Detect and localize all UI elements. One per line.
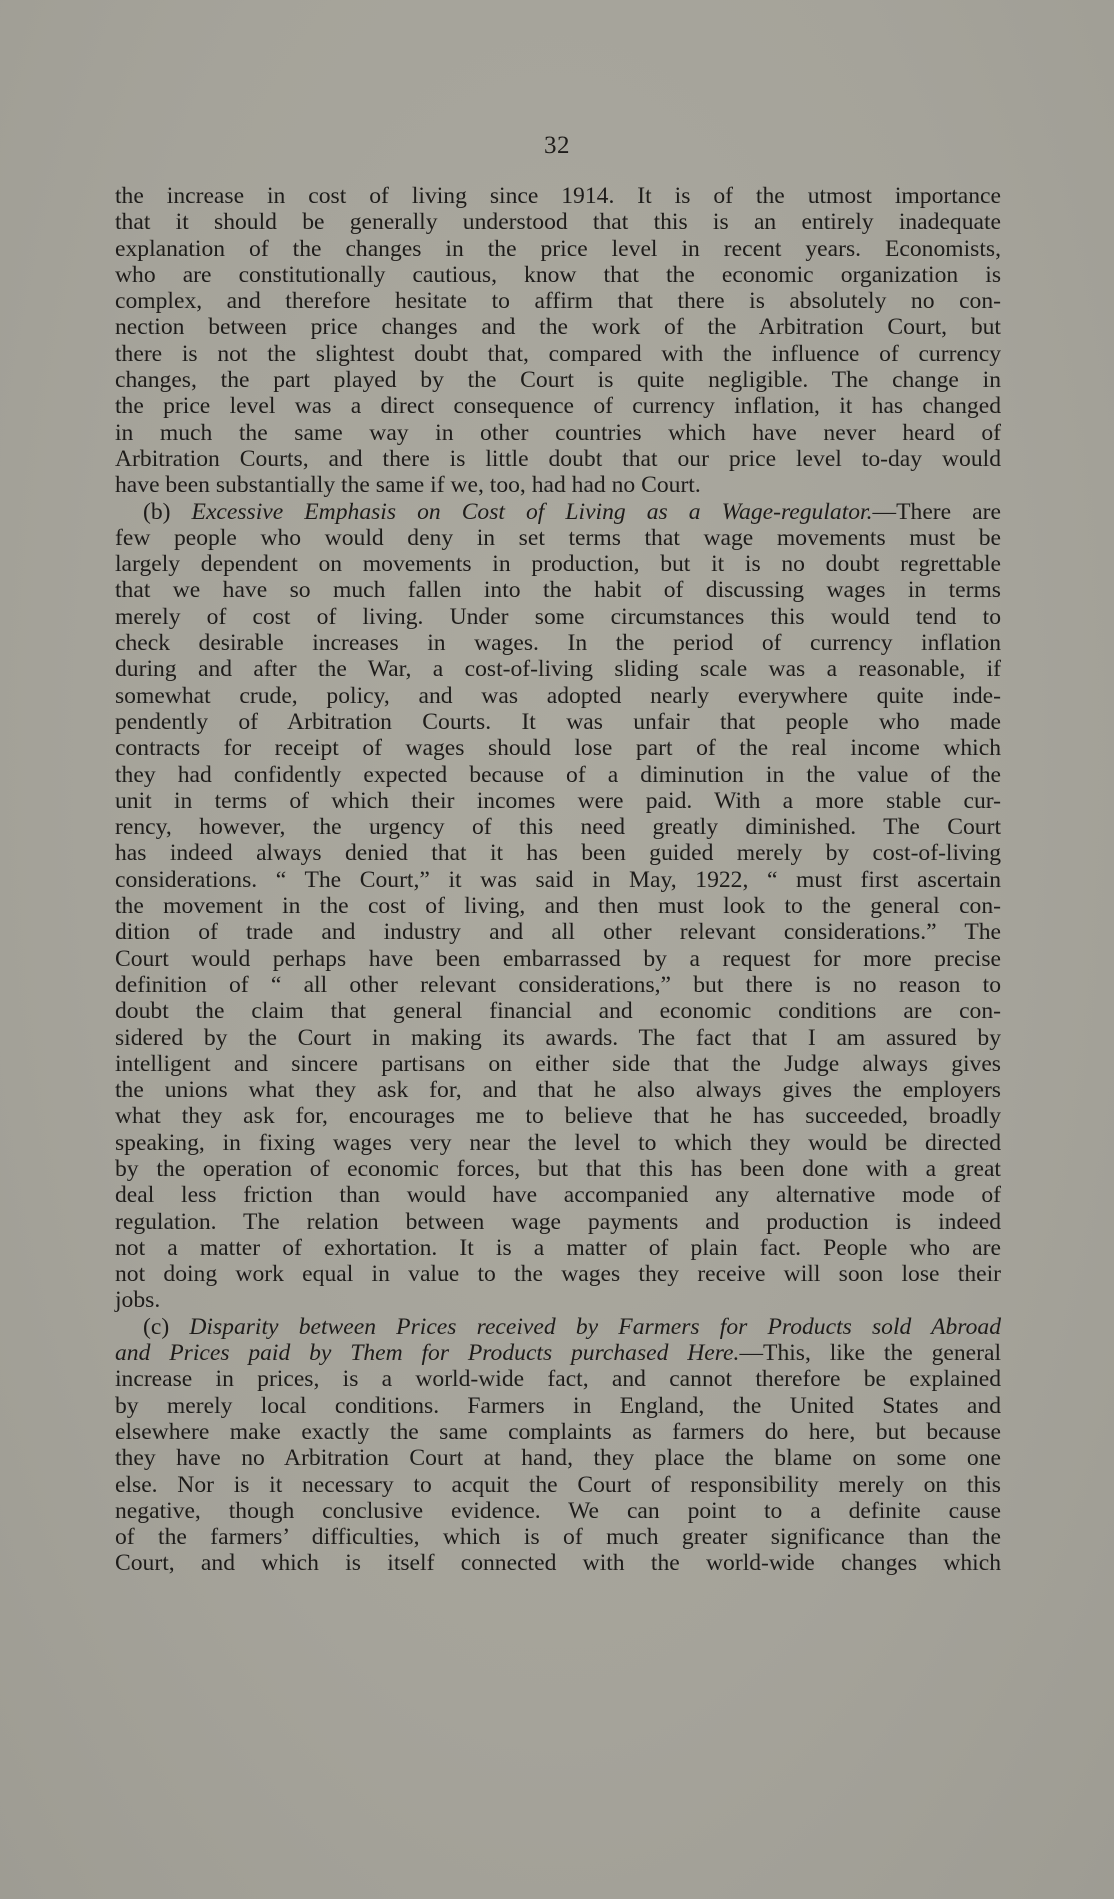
text-line: by the operation of economic forces, but… bbox=[115, 1156, 1001, 1182]
text-line: contracts for receipt of wages should lo… bbox=[115, 735, 1001, 761]
heading-continuation: —This, like the general bbox=[739, 1340, 1001, 1366]
text-line: nection between price changes and the wo… bbox=[115, 314, 1001, 340]
text-line: the price level was a direct consequence… bbox=[115, 393, 1001, 419]
text-line: the movement in the cost of living, and … bbox=[115, 893, 1001, 919]
text-line: check desirable increases in wages. In t… bbox=[115, 630, 1001, 656]
text-line: sidered by the Court in making its award… bbox=[115, 1025, 1001, 1051]
text-line: definition of “ all other relevant consi… bbox=[115, 972, 1001, 998]
text-line: merely of cost of living. Under some cir… bbox=[115, 604, 1001, 630]
text-line: deal less friction than would have accom… bbox=[115, 1182, 1001, 1208]
text-line: complex, and therefore hesitate to affir… bbox=[115, 288, 1001, 314]
text-line: somewhat crude, policy, and was adopted … bbox=[115, 683, 1001, 709]
text-line: has indeed always denied that it has bee… bbox=[115, 840, 1001, 866]
text-line: considerations. “ The Court,” it was sai… bbox=[115, 867, 1001, 893]
body-text: the increase in cost of living since 191… bbox=[115, 183, 1001, 1577]
text-line: increase in prices, is a world-wide fact… bbox=[115, 1366, 1001, 1392]
text-line: that we have so much fallen into the hab… bbox=[115, 577, 1001, 603]
text-line: the increase in cost of living since 191… bbox=[115, 183, 1001, 209]
paragraph-section-b: (b) Excessive Emphasis on Cost of Living… bbox=[115, 499, 1001, 1314]
heading-continuation: —There are bbox=[873, 499, 1001, 525]
section-heading-line: (c) Disparity between Prices received by… bbox=[115, 1314, 1001, 1340]
text-line: jobs. bbox=[115, 1287, 1001, 1313]
page-number: 32 bbox=[0, 132, 1114, 160]
text-line: explanation of the changes in the price … bbox=[115, 236, 1001, 262]
text-line: that it should be generally understood t… bbox=[115, 209, 1001, 235]
text-line: of the farmers’ difficulties, which is o… bbox=[115, 1524, 1001, 1550]
text-line: Arbitration Courts, and there is little … bbox=[115, 446, 1001, 472]
section-heading: Disparity between Prices received by Far… bbox=[189, 1314, 1001, 1340]
text-line: Court would perhaps have been embarrasse… bbox=[115, 946, 1001, 972]
text-line: doubt the claim that general financial a… bbox=[115, 998, 1001, 1024]
text-line: there is not the slightest doubt that, c… bbox=[115, 341, 1001, 367]
section-heading: Excessive Emphasis on Cost of Living as … bbox=[192, 499, 873, 525]
section-label: (c) bbox=[143, 1314, 189, 1340]
document-page: 32 the increase in cost of living since … bbox=[0, 0, 1114, 1899]
section-heading: and Prices paid by Them for Products pur… bbox=[115, 1340, 739, 1366]
section-heading-line: (b) Excessive Emphasis on Cost of Living… bbox=[115, 499, 1001, 525]
text-line: by merely local conditions. Farmers in E… bbox=[115, 1393, 1001, 1419]
paragraph-continuation: the increase in cost of living since 191… bbox=[115, 183, 1001, 499]
text-line: unit in terms of which their incomes wer… bbox=[115, 788, 1001, 814]
text-line: largely dependent on movements in produc… bbox=[115, 551, 1001, 577]
section-heading-line: and Prices paid by Them for Products pur… bbox=[115, 1340, 1001, 1366]
text-line: changes, the part played by the Court is… bbox=[115, 367, 1001, 393]
text-line: regulation. The relation between wage pa… bbox=[115, 1209, 1001, 1235]
text-line: what they ask for, encourages me to beli… bbox=[115, 1103, 1001, 1129]
text-line: speaking, in fixing wages very near the … bbox=[115, 1130, 1001, 1156]
text-line: pendently of Arbitration Courts. It was … bbox=[115, 709, 1001, 735]
text-line: elsewhere make exactly the same complain… bbox=[115, 1419, 1001, 1445]
text-line: negative, though conclusive evidence. We… bbox=[115, 1498, 1001, 1524]
text-line: dition of trade and industry and all oth… bbox=[115, 919, 1001, 945]
text-line: Court, and which is itself connected wit… bbox=[115, 1550, 1001, 1576]
text-line: the unions what they ask for, and that h… bbox=[115, 1077, 1001, 1103]
text-line: they had confidently expected because of… bbox=[115, 762, 1001, 788]
text-line: else. Nor is it necessary to acquit the … bbox=[115, 1472, 1001, 1498]
text-line: have been substantially the same if we, … bbox=[115, 472, 1001, 498]
text-line: in much the same way in other countries … bbox=[115, 420, 1001, 446]
text-line: not a matter of exhortation. It is a mat… bbox=[115, 1235, 1001, 1261]
text-line: rency, however, the urgency of this need… bbox=[115, 814, 1001, 840]
text-line: intelligent and sincere partisans on eit… bbox=[115, 1051, 1001, 1077]
text-line: few people who would deny in set terms t… bbox=[115, 525, 1001, 551]
text-line: who are constitutionally cautious, know … bbox=[115, 262, 1001, 288]
section-label: (b) bbox=[143, 499, 192, 525]
paragraph-section-c: (c) Disparity between Prices received by… bbox=[115, 1314, 1001, 1577]
text-line: during and after the War, a cost-of-livi… bbox=[115, 656, 1001, 682]
text-line: not doing work equal in value to the wag… bbox=[115, 1261, 1001, 1287]
text-line: they have no Arbitration Court at hand, … bbox=[115, 1445, 1001, 1471]
